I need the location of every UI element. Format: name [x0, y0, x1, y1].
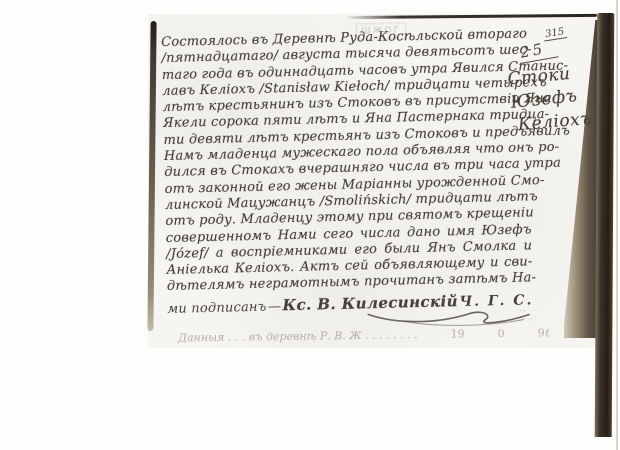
signature-dash: — — [268, 299, 281, 314]
footer-number: 0 — [498, 327, 505, 340]
footer-number: 19 — [451, 328, 465, 341]
faint-stamp-remnant: ·· ···· — [519, 306, 534, 324]
scan-edge-line — [616, 0, 618, 450]
record-text: Состоялось въ Деревнѣ Руда-Косѣльской вт… — [161, 26, 534, 316]
signature-lead-text: ми подписанъ — [167, 299, 266, 316]
footer-number: 9ℓ — [538, 326, 550, 339]
book-binding — [595, 13, 615, 437]
